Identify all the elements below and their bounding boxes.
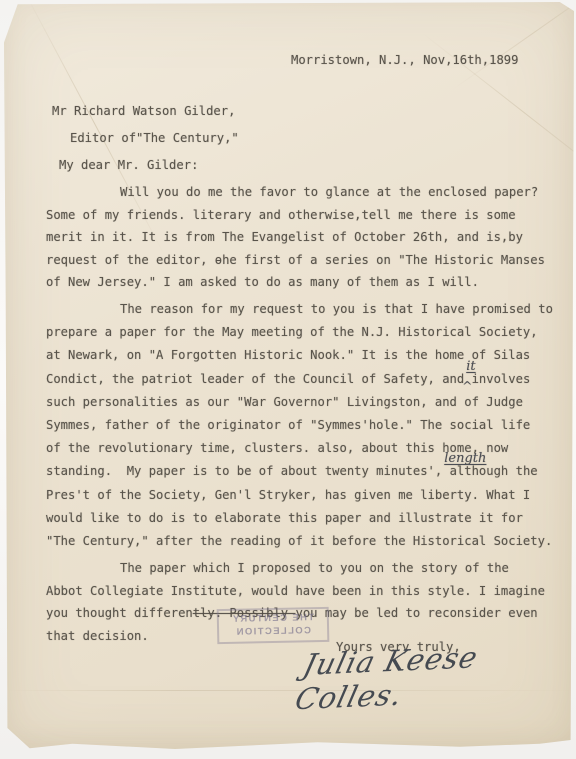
letter-line: Pres't of the Society, Gen'l Stryker, ha… [46, 484, 553, 507]
letter-text: you thought differen [46, 606, 193, 620]
letter-line: would like to do is to elaborate this pa… [46, 507, 553, 530]
stamp-line: COLLECTION [219, 624, 327, 639]
paragraph-1: Will you do me the favor to glance at th… [46, 181, 545, 294]
letter-line: such personalities as our "War Governor"… [46, 391, 553, 414]
letter-text: you may be led to reconsider even [295, 606, 537, 620]
stamp-mirrored-text: THE CENTURY COLLECTION [219, 609, 328, 639]
recipient-title: Editor of"The Century," [70, 125, 239, 152]
recipient-block: Mr Richard Watson Gilder, Editor of"The … [52, 98, 239, 179]
letter-line: Will you do me the favor to glance at th… [46, 181, 545, 204]
letter-text: although the [442, 464, 537, 478]
date-line: Morristown, N.J., Nov,16th,1899 [291, 53, 518, 67]
letter-text: Condict, the patriot leader of the Counc… [46, 372, 464, 386]
letter-line: request of the editor, ɵhe first of a se… [46, 249, 545, 272]
letter-line: prepare a paper for the May meeting of t… [46, 321, 553, 344]
salutation: My dear Mr. Gilder: [59, 152, 239, 179]
letter-line: The paper which I proposed to you on the… [46, 557, 545, 580]
letter-line: The reason for my request to you is that… [46, 298, 553, 321]
letter-line: Symmes, father of the originator of "Sym… [46, 414, 553, 437]
letter-line: of New Jersey." I am asked to do as many… [46, 271, 545, 294]
letter-line: Abbot Collegiate Institute, would have b… [46, 580, 545, 603]
letter-page: Morristown, N.J., Nov,16th,1899 Mr Richa… [4, 2, 574, 752]
letter-line: "The Century," after the reading of it b… [46, 530, 553, 553]
century-stamp: THE CENTURY COLLECTION [217, 607, 330, 644]
letter-line: merit in it. It is from The Evangelist o… [46, 226, 545, 249]
letter-line: at Newark, on "A Forgotten Historic Nook… [46, 344, 553, 367]
letter-text: standing. My paper is to be of about twe… [46, 464, 442, 478]
paper-crease [452, 0, 576, 90]
letter-line: Condict, the patriot leader of the Counc… [46, 368, 553, 391]
letter-line: standing. My paper is to be of about twe… [46, 460, 553, 483]
paragraph-2: The reason for my request to you is that… [46, 298, 553, 553]
signature: Julia Keese Colles. [292, 635, 576, 716]
recipient-name: Mr Richard Watson Gilder, [52, 98, 239, 125]
letter-line: Some of my friends. literary and otherwi… [46, 204, 545, 227]
